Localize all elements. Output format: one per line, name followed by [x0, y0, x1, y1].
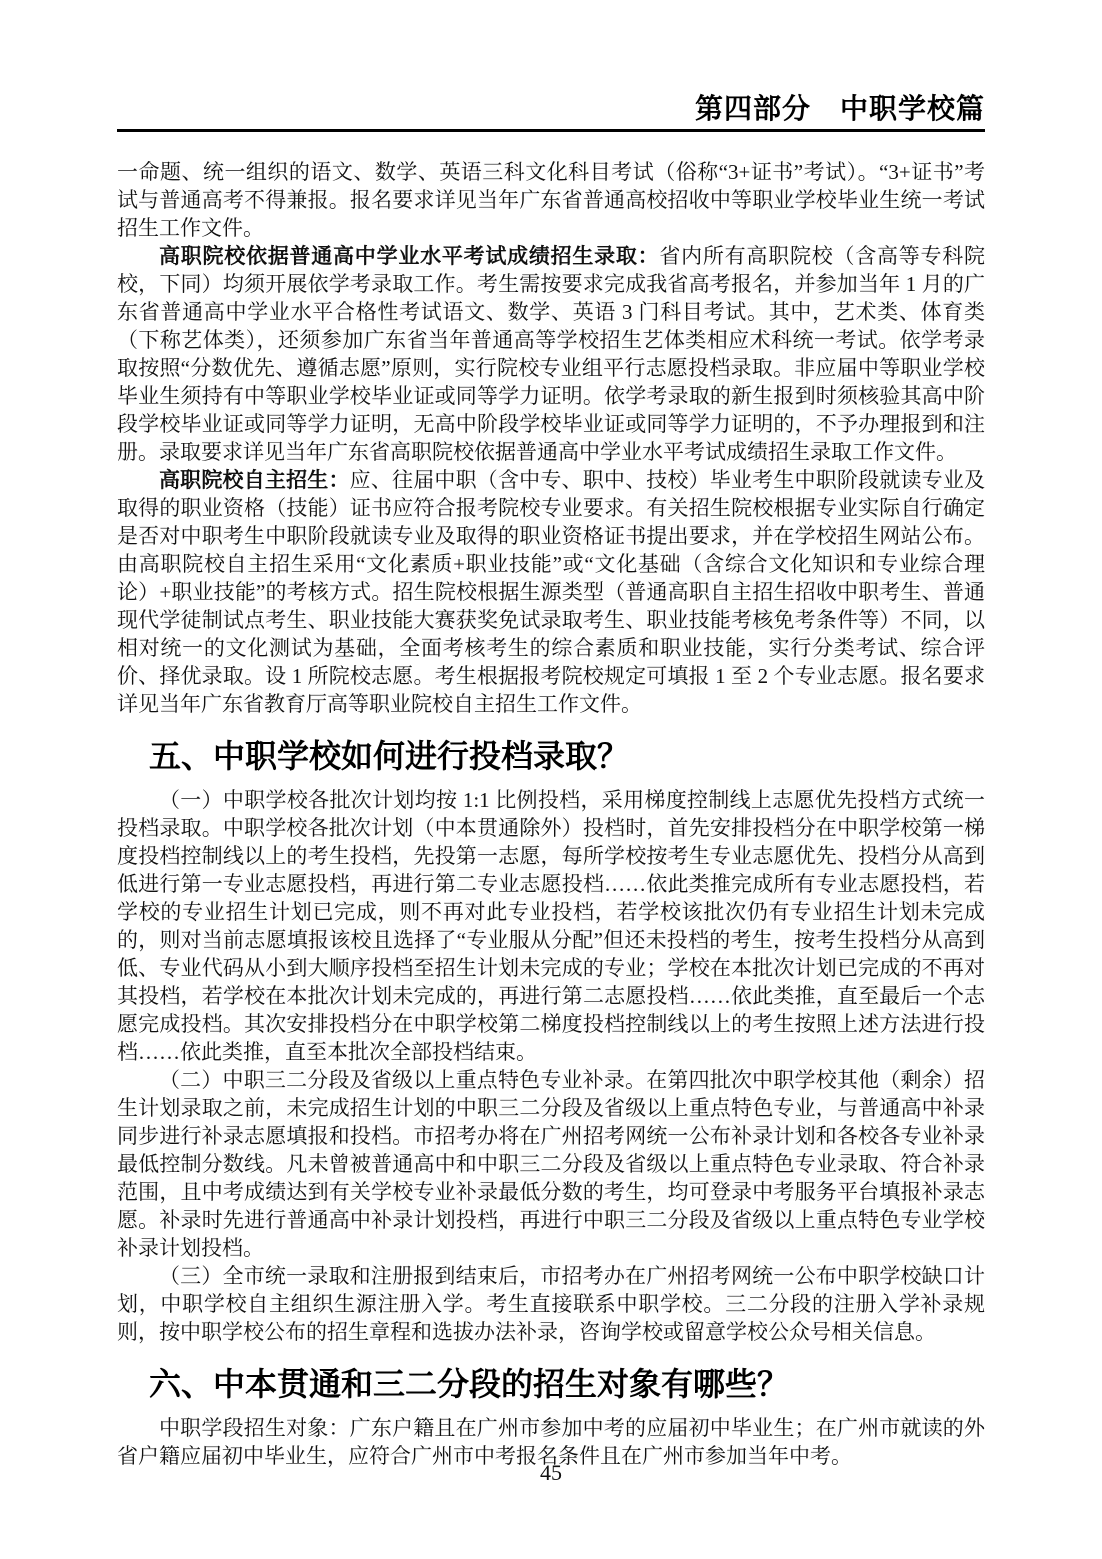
section-5-heading: 五、中职学校如何进行投档录取？: [117, 736, 985, 776]
paragraph-zizhu-text: 应、往届中职（含中专、职中、技校）毕业考生中职阶段就读专业及取得的职业资格（技能…: [117, 468, 985, 716]
section-5-paragraph-1: （一）中职学校各批次计划均按 1:1 比例投档，采用梯度控制线上志愿优先投档方式…: [117, 786, 985, 1066]
section-5-paragraph-3: （三）全市统一录取和注册报到结束后，市招考办在广州招考网统一公布中职学校缺口计划…: [117, 1262, 985, 1346]
page-number: 45: [540, 1460, 562, 1485]
page-footer: 45: [0, 1460, 1102, 1486]
section-5-paragraph-2: （二）中职三二分段及省级以上重点特色专业补录。在第四批次中职学校其他（剩余）招生…: [117, 1066, 985, 1262]
paragraph-zizhu-admission: 高职院校自主招生：应、往届中职（含中专、职中、技校）毕业考生中职阶段就读专业及取…: [117, 466, 985, 718]
page-content: 一命题、统一组织的语文、数学、英语三科文化科目考试（俗称“3+证书”考试）。“3…: [117, 158, 985, 1470]
section-6-heading: 六、中本贯通和三二分段的招生对象有哪些？: [117, 1364, 985, 1404]
paragraph-xuekao-text: 省内所有高职院校（含高等专科院校，下同）均须开展依学考录取工作。考生需按要求完成…: [117, 244, 985, 464]
header-section-title: 第四部分 中职学校篇: [695, 93, 985, 124]
page-header: 第四部分 中职学校篇: [117, 94, 985, 132]
paragraph-zizhu-lead: 高职院校自主招生：: [159, 468, 350, 492]
paragraph-xuekao-admission: 高职院校依据普通高中学业水平考试成绩招生录取：省内所有高职院校（含高等专科院校，…: [117, 242, 985, 466]
document-page: 第四部分 中职学校篇 一命题、统一组织的语文、数学、英语三科文化科目考试（俗称“…: [0, 0, 1102, 1559]
paragraph-xuekao-lead: 高职院校依据普通高中学业水平考试成绩招生录取：: [159, 244, 659, 268]
paragraph-intro-continuation: 一命题、统一组织的语文、数学、英语三科文化科目考试（俗称“3+证书”考试）。“3…: [117, 158, 985, 242]
